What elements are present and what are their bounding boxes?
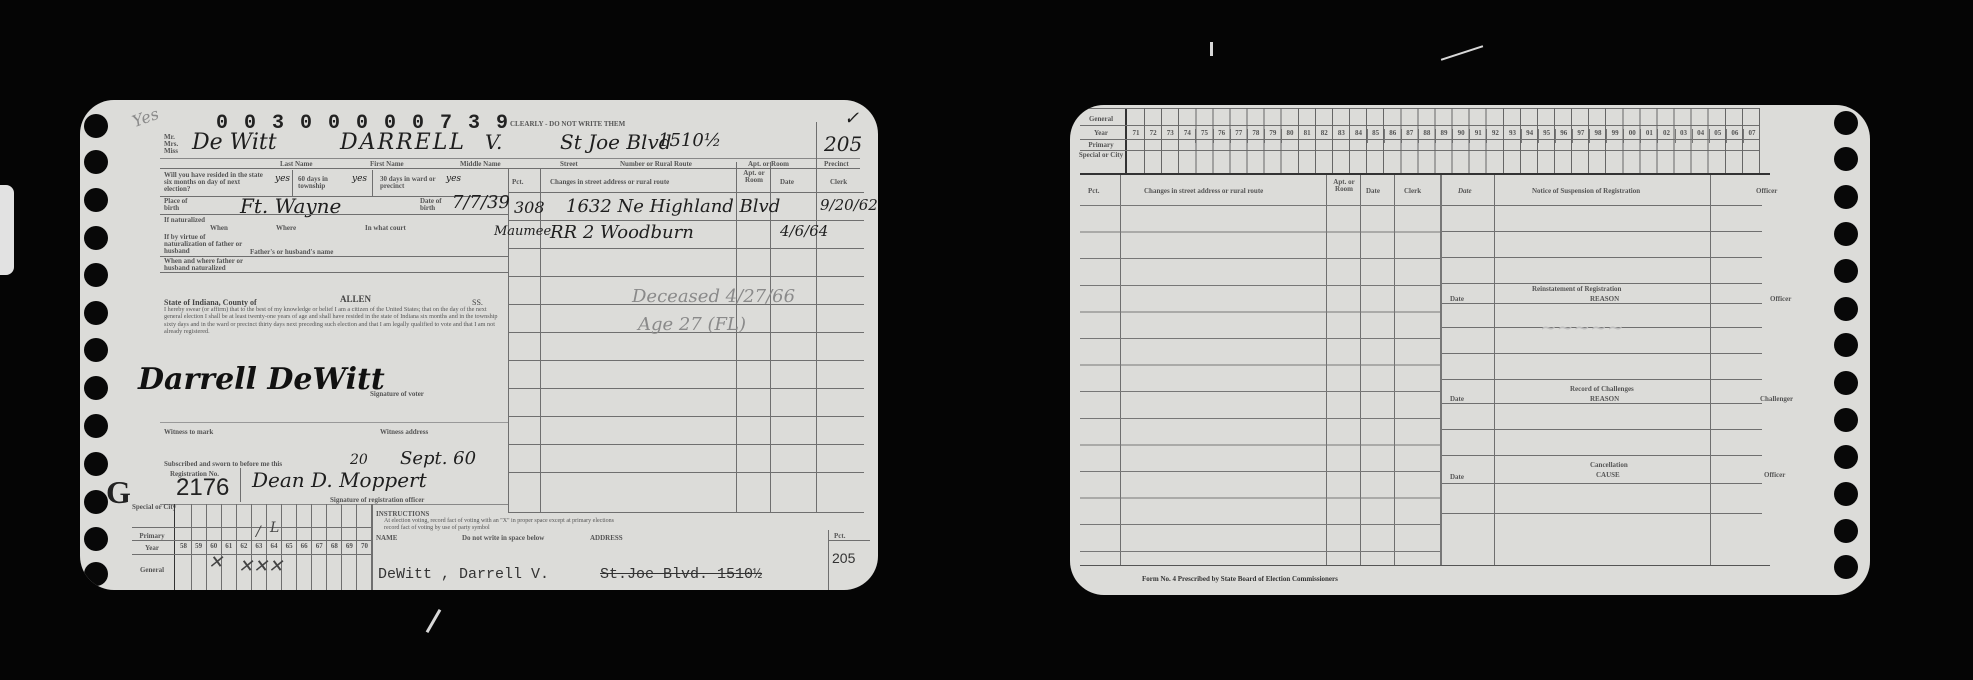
subscribed-label: Subscribed and sworn to before me this xyxy=(164,460,282,468)
punch-hole-icon xyxy=(1834,185,1858,209)
township-residency-question: 60 days in township xyxy=(298,176,348,190)
punch-hole-icon xyxy=(84,226,108,250)
ward-residency-question: 30 days in ward or precinct xyxy=(380,176,440,190)
punch-hole-icon xyxy=(84,188,108,212)
punch-hole-icon xyxy=(1834,147,1858,171)
naturalized-label: If naturalized xyxy=(164,216,205,224)
birth-date-label: Date of birth xyxy=(420,198,450,212)
court-label: In what court xyxy=(365,224,406,232)
typed-name: DeWitt , Darrell V. xyxy=(378,566,549,583)
first-name: Darrell xyxy=(340,130,466,155)
change-row-2-pct: Maumee xyxy=(494,224,551,239)
punch-hole-icon xyxy=(1834,445,1858,469)
instructions-title: INSTRUCTIONS xyxy=(376,510,429,518)
punch-hole-icon xyxy=(84,490,108,514)
instructions-do-not-write: Do not write in space below xyxy=(462,534,544,542)
instructions-text: At election voting, record fact of votin… xyxy=(384,518,614,524)
apt-label: Apt. or Room xyxy=(748,160,789,168)
primary-vote-mark-icon: / xyxy=(256,524,261,540)
first-name-label: First Name xyxy=(370,160,404,168)
scan-artifact xyxy=(426,609,442,633)
scan-artifact xyxy=(1441,45,1483,60)
scan-artifact xyxy=(1210,42,1213,56)
punch-hole-icon xyxy=(1834,259,1858,283)
instructions-text-2: record fact of voting by use of party sy… xyxy=(384,525,490,531)
birth-place-label: Place of birth xyxy=(164,198,204,212)
change-row-2-address: RR 2 Woodburn xyxy=(550,222,694,243)
punch-hole-icon xyxy=(1834,297,1858,321)
punch-hole-icon xyxy=(84,562,108,586)
punch-hole-icon xyxy=(84,114,108,138)
father-naturalization-label: If by virtue of naturalization of father… xyxy=(164,234,244,255)
father-name-label: Father's or husband's name xyxy=(250,248,333,256)
cancellation-title: Cancellation xyxy=(1590,461,1628,469)
punch-hole-icon xyxy=(1834,371,1858,395)
instructions-name-label: NAME xyxy=(376,534,397,542)
witness-label: Witness address xyxy=(380,428,428,436)
punch-hole-icon xyxy=(84,301,108,325)
challenges-title: Record of Challenges xyxy=(1570,385,1634,393)
punch-hole-icon xyxy=(1834,333,1858,357)
where-label: Where xyxy=(276,224,296,232)
punch-hole-icon xyxy=(84,338,108,362)
instructions-address-label: ADDRESS xyxy=(590,534,623,542)
last-name-label: Last Name xyxy=(280,160,312,168)
signature-label: Signature of voter xyxy=(370,390,424,398)
oath-text: I hereby swear (or affirm) that to the b… xyxy=(164,306,500,335)
general-vote-mark-icon: ✕ xyxy=(268,556,283,577)
voter-registration-card-front: Yes 0 0 3 0 0 0 0 0 7 3 9 CLEARLY - DO N… xyxy=(80,100,878,590)
subscribed-month: Sept. 60 xyxy=(400,448,476,469)
officer-signature: Dean D. Moppert xyxy=(252,468,427,492)
header-note: CLEARLY - DO NOT WRITE THEM xyxy=(510,120,625,128)
general-vote-mark-icon: ✕ xyxy=(253,556,268,577)
suspension-title: Notice of Suspension of Registration xyxy=(1532,187,1640,195)
registration-number: 2176 xyxy=(176,474,229,502)
change-row-1-pct: 308 xyxy=(514,198,545,217)
father-when-where-label: When and where father or husband natural… xyxy=(164,258,244,272)
general-vote-mark-icon: ✕ xyxy=(238,556,253,577)
reinstatement-title: Reinstatement of Registration xyxy=(1532,285,1621,293)
middle-name-label: Middle Name xyxy=(460,160,501,168)
voter-registration-card-back: General Year Primary Special or City 71 … xyxy=(1070,105,1870,595)
punch-hole-icon xyxy=(1834,111,1858,135)
form-footer: Form No. 4 Prescribed by State Board of … xyxy=(1142,575,1338,583)
oath-county: ALLEN xyxy=(340,294,371,304)
officer-signature-label: Signature of registration officer xyxy=(330,496,424,504)
street-label: Street xyxy=(560,160,578,168)
birth-date: 7/7/39 xyxy=(452,192,510,213)
witness-mark-label: Witness to mark xyxy=(164,428,213,436)
salutation: Mr.Mrs.Miss xyxy=(164,134,178,155)
precinct: 205 xyxy=(824,132,862,156)
card-letter: G xyxy=(106,474,131,511)
punch-hole-icon xyxy=(84,452,108,476)
punch-hole-icon xyxy=(84,527,108,551)
state-residency-question: Will you have resided in the state six m… xyxy=(164,172,264,193)
precinct-label: Precinct xyxy=(824,160,849,168)
punch-hole-icon xyxy=(1834,482,1858,506)
deceased-note: Deceased 4/27/66 xyxy=(632,286,795,307)
scan-artifact xyxy=(0,185,14,275)
punch-hole-icon xyxy=(1834,222,1858,246)
check-mark-icon: ✓ xyxy=(844,108,859,129)
typed-address: St.Joe Blvd. 1510½ xyxy=(600,566,762,583)
middle-initial: V. xyxy=(485,130,502,154)
instructions-pct-label: Pct. xyxy=(834,532,845,540)
street-number: 1510½ xyxy=(658,130,721,151)
voter-signature: Darrell DeWitt xyxy=(138,362,385,397)
ward-residency-answer: yes xyxy=(446,174,461,184)
change-row-2-date: 4/6/64 xyxy=(780,222,828,240)
punch-hole-icon xyxy=(84,376,108,400)
corner-mark: Yes xyxy=(130,104,162,131)
punch-hole-icon xyxy=(1834,408,1858,432)
punch-hole-icon xyxy=(84,414,108,438)
punch-hole-icon xyxy=(1834,519,1858,543)
when-label: When xyxy=(210,224,228,232)
township-residency-answer: yes xyxy=(352,174,367,184)
punch-hole-icon xyxy=(84,150,108,174)
punch-hole-icon xyxy=(1834,555,1858,579)
street-name: St Joe Blvd xyxy=(560,130,672,154)
primary-vote-mark-icon: L xyxy=(270,520,279,536)
change-row-1-date: 9/20/62 xyxy=(820,196,878,214)
faded-reinstatement-entry: ~~~~~ xyxy=(1540,315,1624,339)
typed-pct: 205 xyxy=(832,550,855,566)
number-label: Number or Rural Route xyxy=(620,160,692,168)
subscribed-day: 20 xyxy=(350,452,368,468)
change-row-1-address: 1632 Ne Highland Blvd xyxy=(566,196,780,217)
age-note: Age 27 (FL) xyxy=(638,314,746,335)
general-vote-mark-icon: ✕ xyxy=(208,552,223,573)
last-name: De Witt xyxy=(192,130,277,155)
state-residency-answer: yes xyxy=(275,174,290,184)
punch-hole-icon xyxy=(84,263,108,287)
